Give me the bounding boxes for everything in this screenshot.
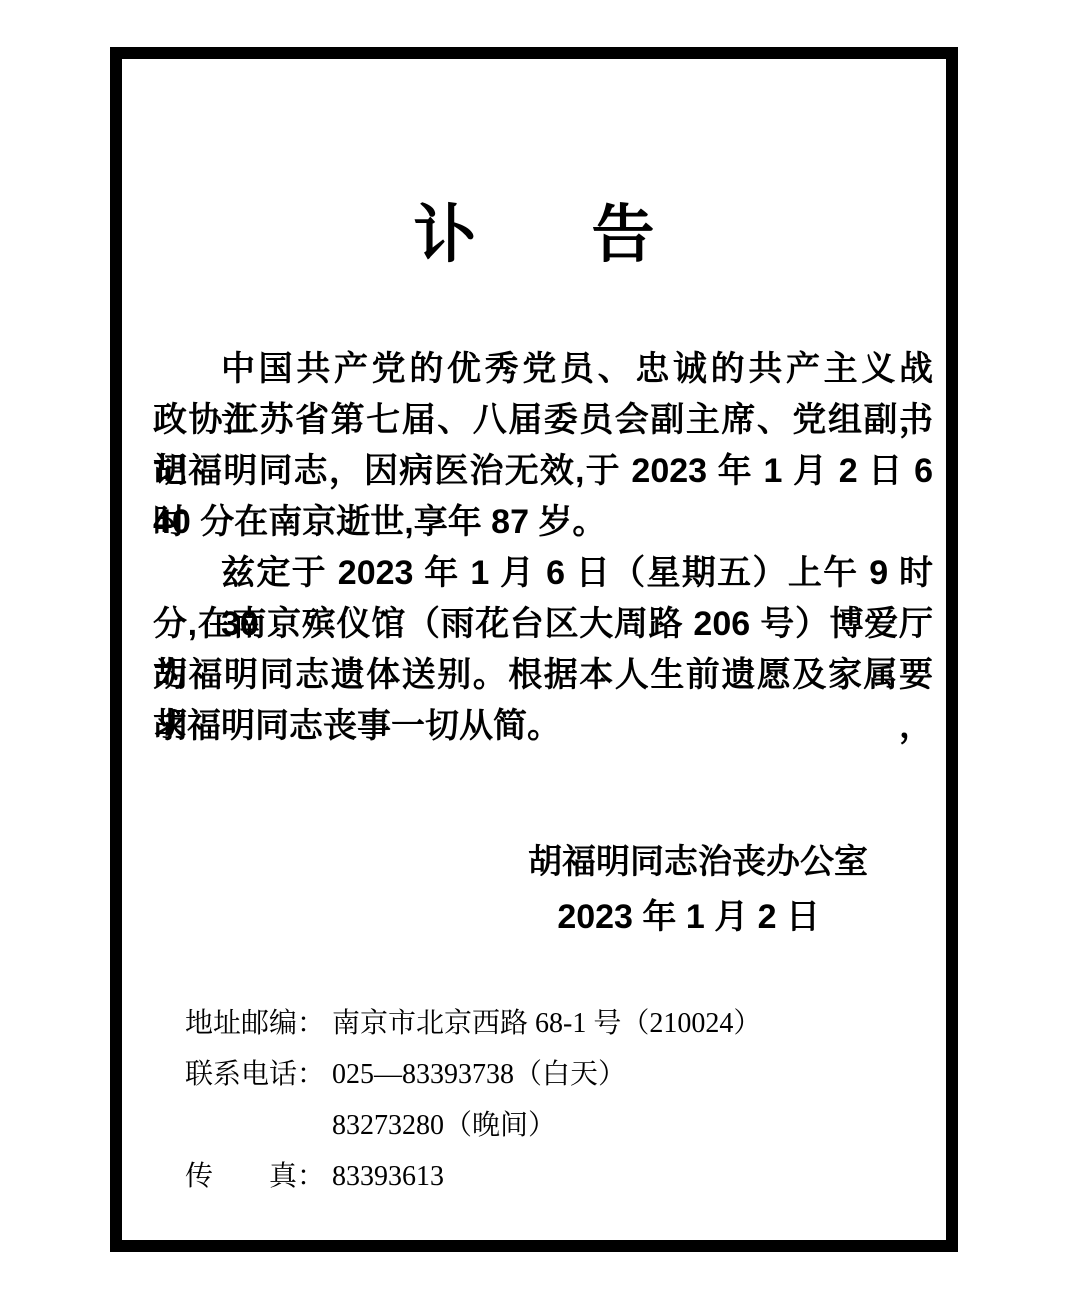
contact-row-fax: 传 真： 83393613 [185, 1151, 761, 1202]
notice-title: 讣 告 [122, 204, 946, 267]
body-line-4: 40 分在南京逝世,享年 87 岁。 [153, 497, 933, 548]
body-line-3: 胡福明同志，因病医治无效,于 2023 年 1 月 2 日 6 时 [153, 446, 933, 497]
body-line-7: 胡福明同志遗体送别。根据本人生前遗愿及家属要求， [153, 650, 933, 701]
notice-frame: 讣 告 中国共产党的优秀党员、忠诚的共产主义战士， 政协江苏省第七届、八届委员会… [110, 47, 958, 1252]
signature-office: 胡福明同志治丧办公室 [122, 837, 946, 888]
contact-row-address: 地址邮编： 南京市北京西路 68-1 号（210024） [185, 998, 761, 1049]
contact-value-fax: 83393613 [332, 1151, 444, 1202]
body-line-1: 中国共产党的优秀党员、忠诚的共产主义战士， [153, 344, 933, 395]
body-line-2: 政协江苏省第七届、八届委员会副主席、党组副书记 [153, 395, 933, 446]
contact-label-address: 地址邮编： [185, 998, 332, 1049]
contact-value-phone-day: 025—83393738（白天） [332, 1049, 626, 1100]
notice-body: 中国共产党的优秀党员、忠诚的共产主义战士， 政协江苏省第七届、八届委员会副主席、… [153, 344, 933, 752]
title-char-left: 讣 [414, 204, 477, 267]
body-line-5: 兹定于 2023 年 1 月 6 日（星期五）上午 9 时 30 [153, 548, 933, 599]
obituary-page: 讣 告 中国共产党的优秀党员、忠诚的共产主义战士， 政协江苏省第七届、八届委员会… [0, 0, 1073, 1311]
contact-info: 地址邮编： 南京市北京西路 68-1 号（210024） 联系电话： 025—8… [185, 998, 761, 1202]
contact-label-phone: 联系电话： [185, 1049, 332, 1100]
title-char-right: 告 [592, 204, 655, 267]
contact-row-phone-day: 联系电话： 025—83393738（白天） [185, 1049, 761, 1100]
contact-value-address: 南京市北京西路 68-1 号（210024） [332, 998, 761, 1049]
contact-value-phone-night: 83273280（晚间） [332, 1100, 556, 1151]
signature-date: 2023 年 1 月 2 日 [122, 892, 946, 943]
contact-row-phone-night: 83273280（晚间） [185, 1100, 761, 1151]
contact-label-fax: 传 真： [185, 1151, 332, 1202]
body-line-6: 分,在南京殡仪馆（雨花台区大周路 206 号）博爱厅为 [153, 599, 933, 650]
contact-label-empty [185, 1100, 332, 1151]
